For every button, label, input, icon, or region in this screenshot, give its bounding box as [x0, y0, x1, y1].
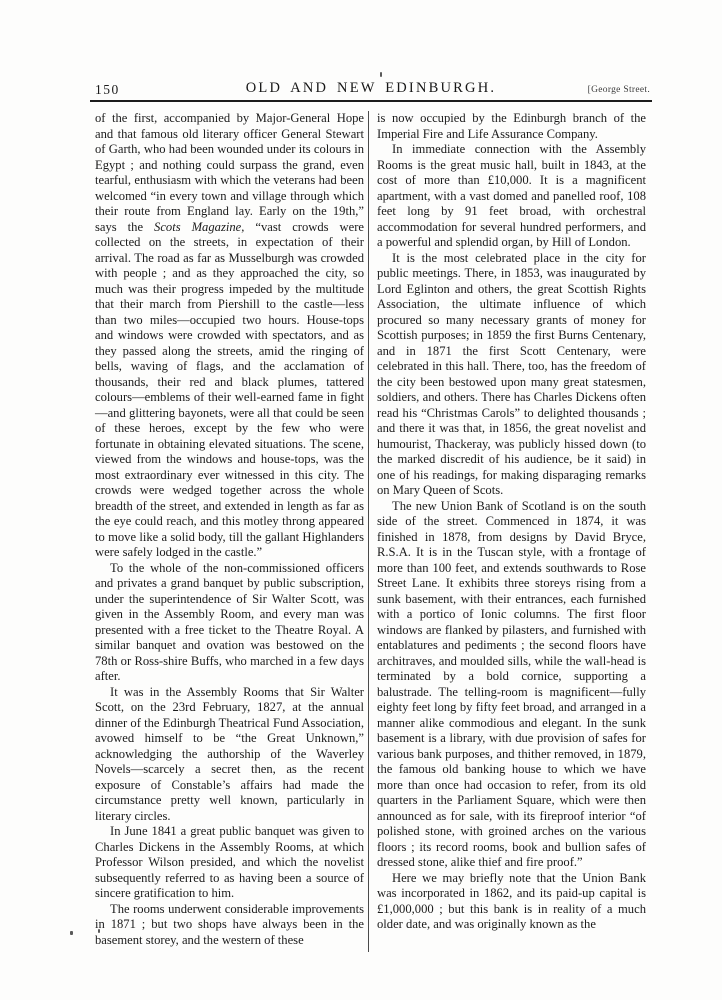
- paragraph: To the whole of the non-commissioned off…: [95, 561, 364, 685]
- column-divider: [368, 111, 369, 952]
- scan-speck: [98, 929, 100, 933]
- page-title: OLD AND NEW EDINBURGH.: [90, 80, 652, 97]
- magazine-name: Scots Magazine,: [154, 220, 244, 234]
- paragraph: It is the most celebrated place in the c…: [377, 251, 646, 499]
- paragraph: Here we may briefly note that the Union …: [377, 871, 646, 933]
- paragraph: is now occupied by the Edinburgh branch …: [377, 111, 646, 142]
- header-rule: [90, 100, 652, 102]
- paragraph: The new Union Bank of Scotland is on the…: [377, 499, 646, 871]
- page-header: 150 OLD AND NEW EDINBURGH. [George Stree…: [90, 80, 652, 98]
- book-page: 150 OLD AND NEW EDINBURGH. [George Stree…: [0, 0, 722, 1000]
- running-header: [George Street.: [588, 85, 650, 95]
- text-columns: of the first, accompanied by Major-Gener…: [95, 111, 646, 952]
- paragraph-text: of the first, accompanied by Major-Gener…: [95, 111, 364, 234]
- left-column: of the first, accompanied by Major-Gener…: [95, 111, 364, 952]
- paragraph: It was in the Assembly Rooms that Sir Wa…: [95, 685, 364, 825]
- paragraph: of the first, accompanied by Major-Gener…: [95, 111, 364, 561]
- paragraph-text: “vast crowds were collected on the stree…: [95, 220, 364, 560]
- paragraph: In June 1841 a great public banquet was …: [95, 824, 364, 902]
- paragraph: The rooms underwent considerable improve…: [95, 902, 364, 949]
- scan-speck: [70, 931, 73, 935]
- scan-speck: [380, 72, 382, 77]
- right-column: is now occupied by the Edinburgh branch …: [377, 111, 646, 952]
- paragraph: In immediate connection with the Assembl…: [377, 142, 646, 251]
